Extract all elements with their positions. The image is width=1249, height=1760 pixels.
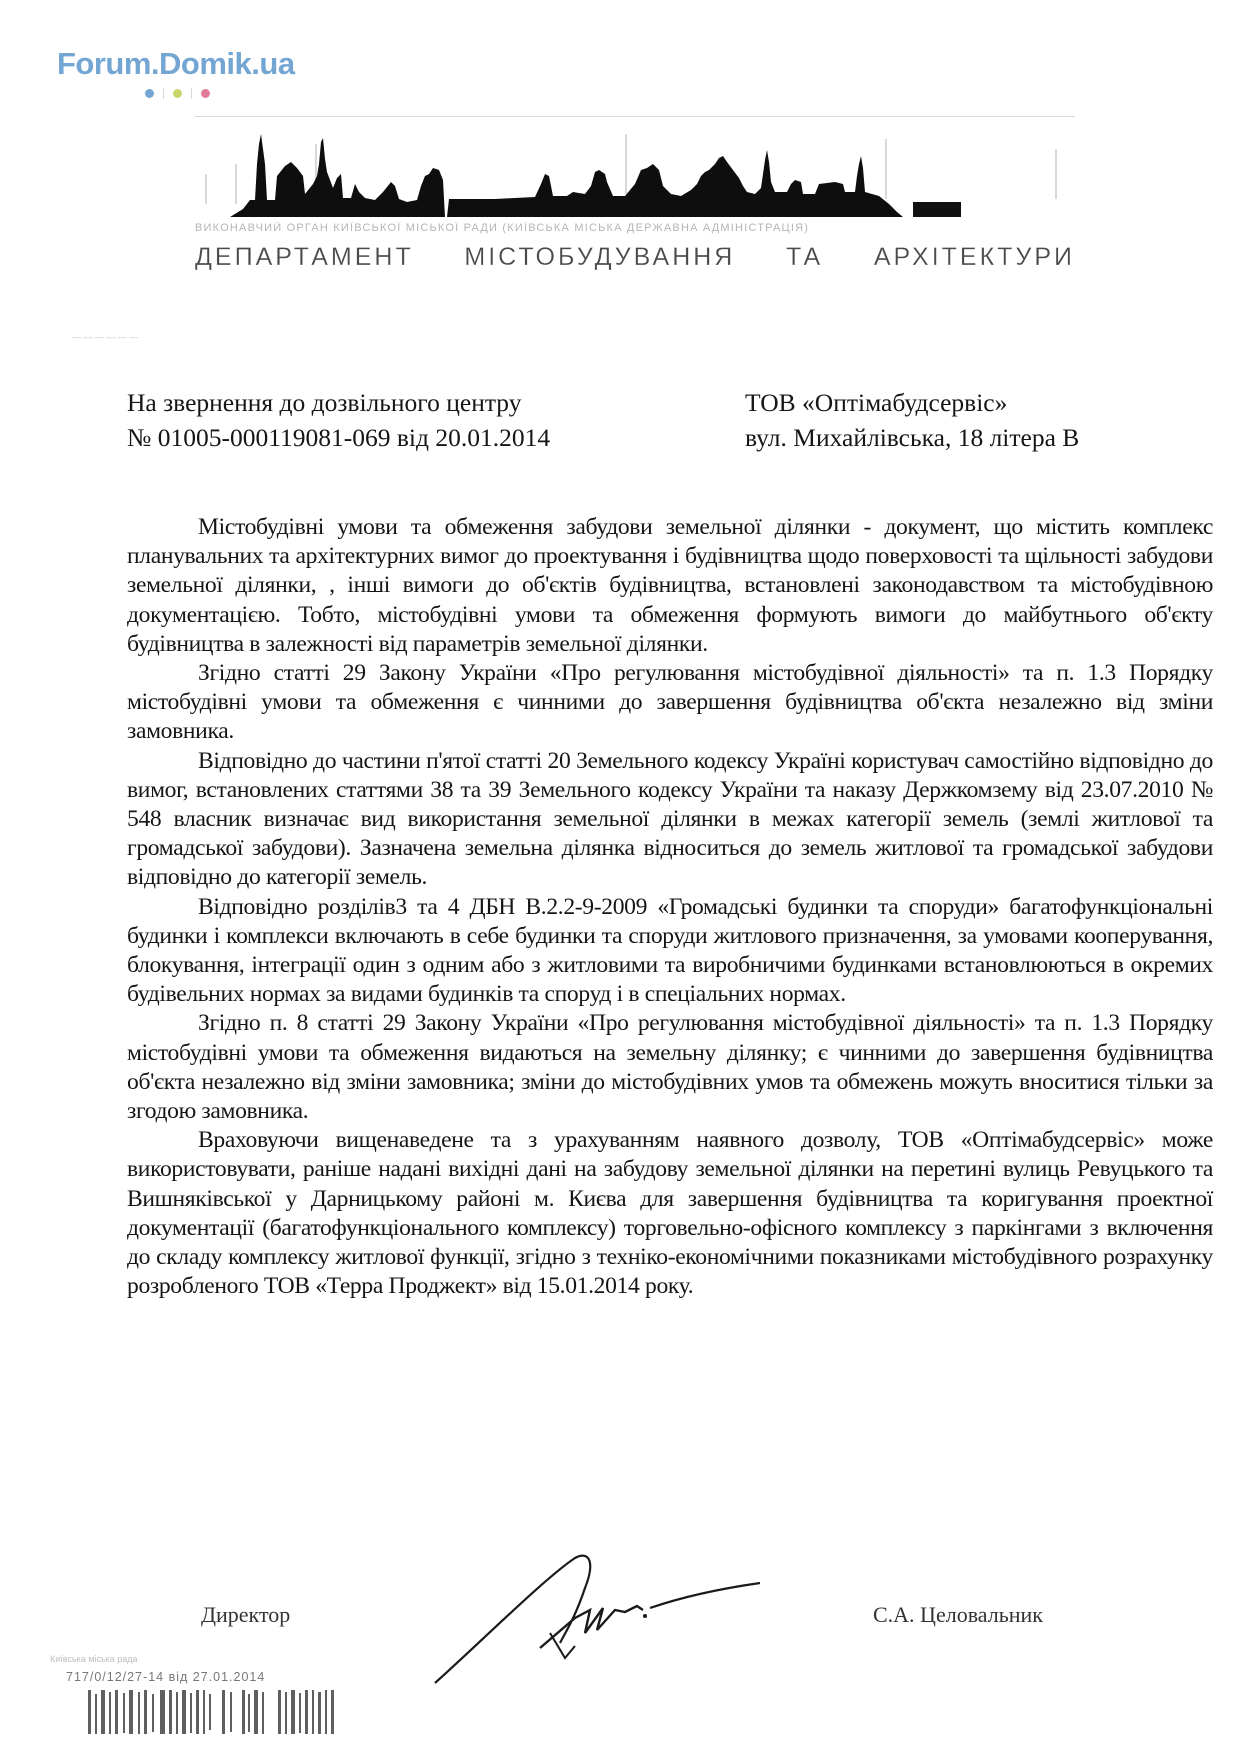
blue-dot-icon xyxy=(145,89,154,98)
faint-marking: — — — — — — xyxy=(72,332,139,342)
body-paragraph: Враховуючи вищенаведене та з урахуванням… xyxy=(127,1126,1213,1301)
letter-body: Містобудівні умови та обмеження забудови… xyxy=(127,513,1213,1301)
watermark-logo: Forum.Domik.ua xyxy=(57,46,295,82)
department-word: ДЕПАРТАМЕНТ xyxy=(195,243,414,272)
reference-block: На звернення до дозвільного центру № 010… xyxy=(127,385,550,455)
signatory-title: Директор xyxy=(201,1602,290,1628)
department-word: ТА xyxy=(786,243,823,272)
watermark-dots xyxy=(145,88,210,99)
kyiv-skyline-icon xyxy=(195,104,1075,228)
divider xyxy=(163,88,164,99)
letterhead-subtitle: ВИКОНАВЧИЙ ОРГАН КИЇВСЬКОЇ МІСЬКОЇ РАДИ … xyxy=(195,222,1075,234)
stamp-header: Київська міська рада xyxy=(50,1654,138,1664)
body-paragraph: Відповідно до частини п'ятої статті 20 З… xyxy=(127,747,1213,893)
signatory-name: С.А. Целовальник xyxy=(873,1602,1043,1628)
body-paragraph: Згідно п. 8 статті 29 Закону України «Пр… xyxy=(127,1009,1213,1126)
body-paragraph: Згідно статті 29 Закону України «Про рег… xyxy=(127,659,1213,747)
recipient-name: ТОВ «Оптімабудсервіс» xyxy=(745,385,1079,420)
pink-dot-icon xyxy=(201,89,210,98)
department-title: ДЕПАРТАМЕНТ МІСТОБУДУВАННЯ ТА АРХІТЕКТУР… xyxy=(195,243,1075,272)
department-word: АРХІТЕКТУРИ xyxy=(874,243,1075,272)
registration-number: 717/0/12/27-14 від 27.01.2014 xyxy=(66,1670,265,1684)
recipient-block: ТОВ «Оптімабудсервіс» вул. Михайлівська,… xyxy=(745,385,1079,455)
barcode-icon xyxy=(82,1690,340,1736)
recipient-address: вул. Михайлівська, 18 літера В xyxy=(745,420,1079,455)
department-word: МІСТОБУДУВАННЯ xyxy=(464,243,735,272)
divider xyxy=(191,88,192,99)
reference-line-1: На звернення до дозвільного центру xyxy=(127,385,550,420)
body-paragraph: Містобудівні умови та обмеження забудови… xyxy=(127,513,1213,659)
body-paragraph: Відповідно розділів3 та 4 ДБН В.2.2-9-20… xyxy=(127,893,1213,1010)
handwritten-signature-icon xyxy=(425,1548,805,1698)
green-dot-icon xyxy=(173,89,182,98)
reference-line-2: № 01005-000119081-069 від 20.01.2014 xyxy=(127,420,550,455)
